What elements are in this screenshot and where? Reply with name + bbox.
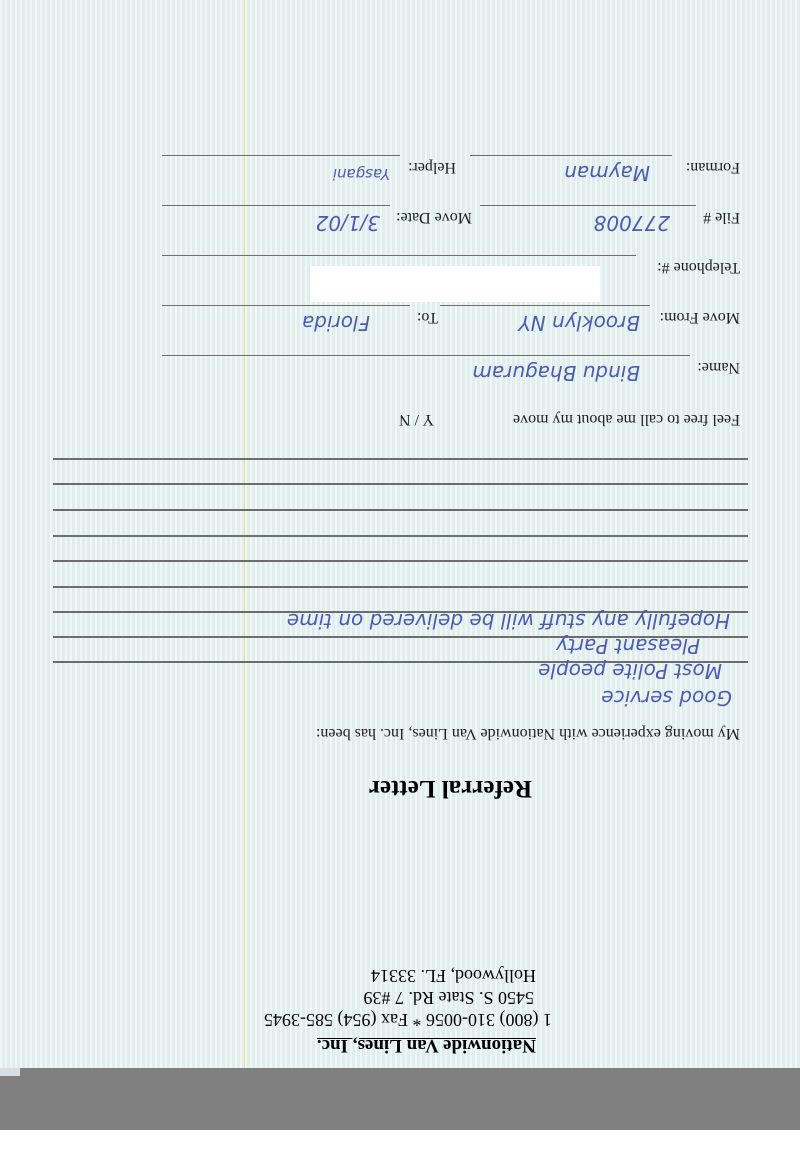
company-name: Nationwide Van Lines, Inc.	[317, 1034, 536, 1056]
foreman-value[interactable]: Mayman	[564, 161, 650, 185]
comment-line	[53, 560, 748, 562]
company-address-line1: 5450 S. State Rd. 7 #39	[363, 987, 534, 1008]
comment-line-1: Good service	[601, 686, 732, 710]
comment-line-3: Pleasant Party	[556, 634, 700, 658]
move-date-underline	[162, 205, 390, 206]
company-phone-fax: 1 (800) 310-0056 * Fax (954) 585-3945	[264, 1009, 552, 1030]
comment-line-4: Hopefully any stuff will be delivered on…	[287, 609, 730, 633]
to-underline	[162, 305, 410, 306]
move-date-value[interactable]: 3/1/02	[316, 211, 380, 235]
telephone-underline	[162, 255, 636, 256]
comment-line	[53, 509, 748, 511]
call-permission-label: Feel free to call me about my move	[513, 410, 740, 428]
name-underline	[162, 355, 690, 356]
viewer-gray-band	[0, 1068, 800, 1130]
name-label: Name:	[697, 358, 740, 376]
foreman-label: Forman:	[686, 158, 740, 176]
comment-line	[53, 483, 748, 485]
redacted-telephone	[310, 266, 600, 302]
viewer-page-edge	[0, 1068, 20, 1076]
move-from-underline	[440, 305, 650, 306]
move-from-label: Move From:	[660, 308, 740, 326]
company-address-line2: Hollywood, FL. 33314	[371, 965, 536, 986]
experience-prompt: My moving experience with Nationwide Van…	[316, 724, 740, 742]
comment-line	[53, 535, 748, 537]
to-value[interactable]: Florida	[302, 311, 370, 335]
comment-line-2: Most Polite people	[538, 659, 722, 683]
telephone-label: Telephone #:	[657, 258, 740, 276]
file-number-value[interactable]: 277008	[594, 211, 670, 235]
comment-line	[53, 586, 748, 588]
helper-underline	[162, 155, 400, 156]
helper-label: Helper:	[408, 158, 456, 176]
file-number-label: File #	[703, 208, 740, 226]
move-from-value[interactable]: Brooklyn NY	[518, 311, 640, 335]
referral-letter-sheet: Nationwide Van Lines, Inc. 1 (800) 310-0…	[0, 0, 800, 1068]
move-date-label: Move Date:	[396, 208, 472, 226]
helper-value[interactable]: Yasgani	[333, 165, 390, 183]
foreman-underline	[470, 155, 672, 156]
comment-line	[53, 458, 748, 460]
file-number-underline	[480, 205, 696, 206]
name-value[interactable]: Bindu Bhaguram	[472, 361, 640, 385]
page-title: Referral Letter	[369, 774, 532, 802]
to-label: To:	[417, 308, 438, 326]
call-permission-options[interactable]: Y / N	[399, 410, 434, 428]
